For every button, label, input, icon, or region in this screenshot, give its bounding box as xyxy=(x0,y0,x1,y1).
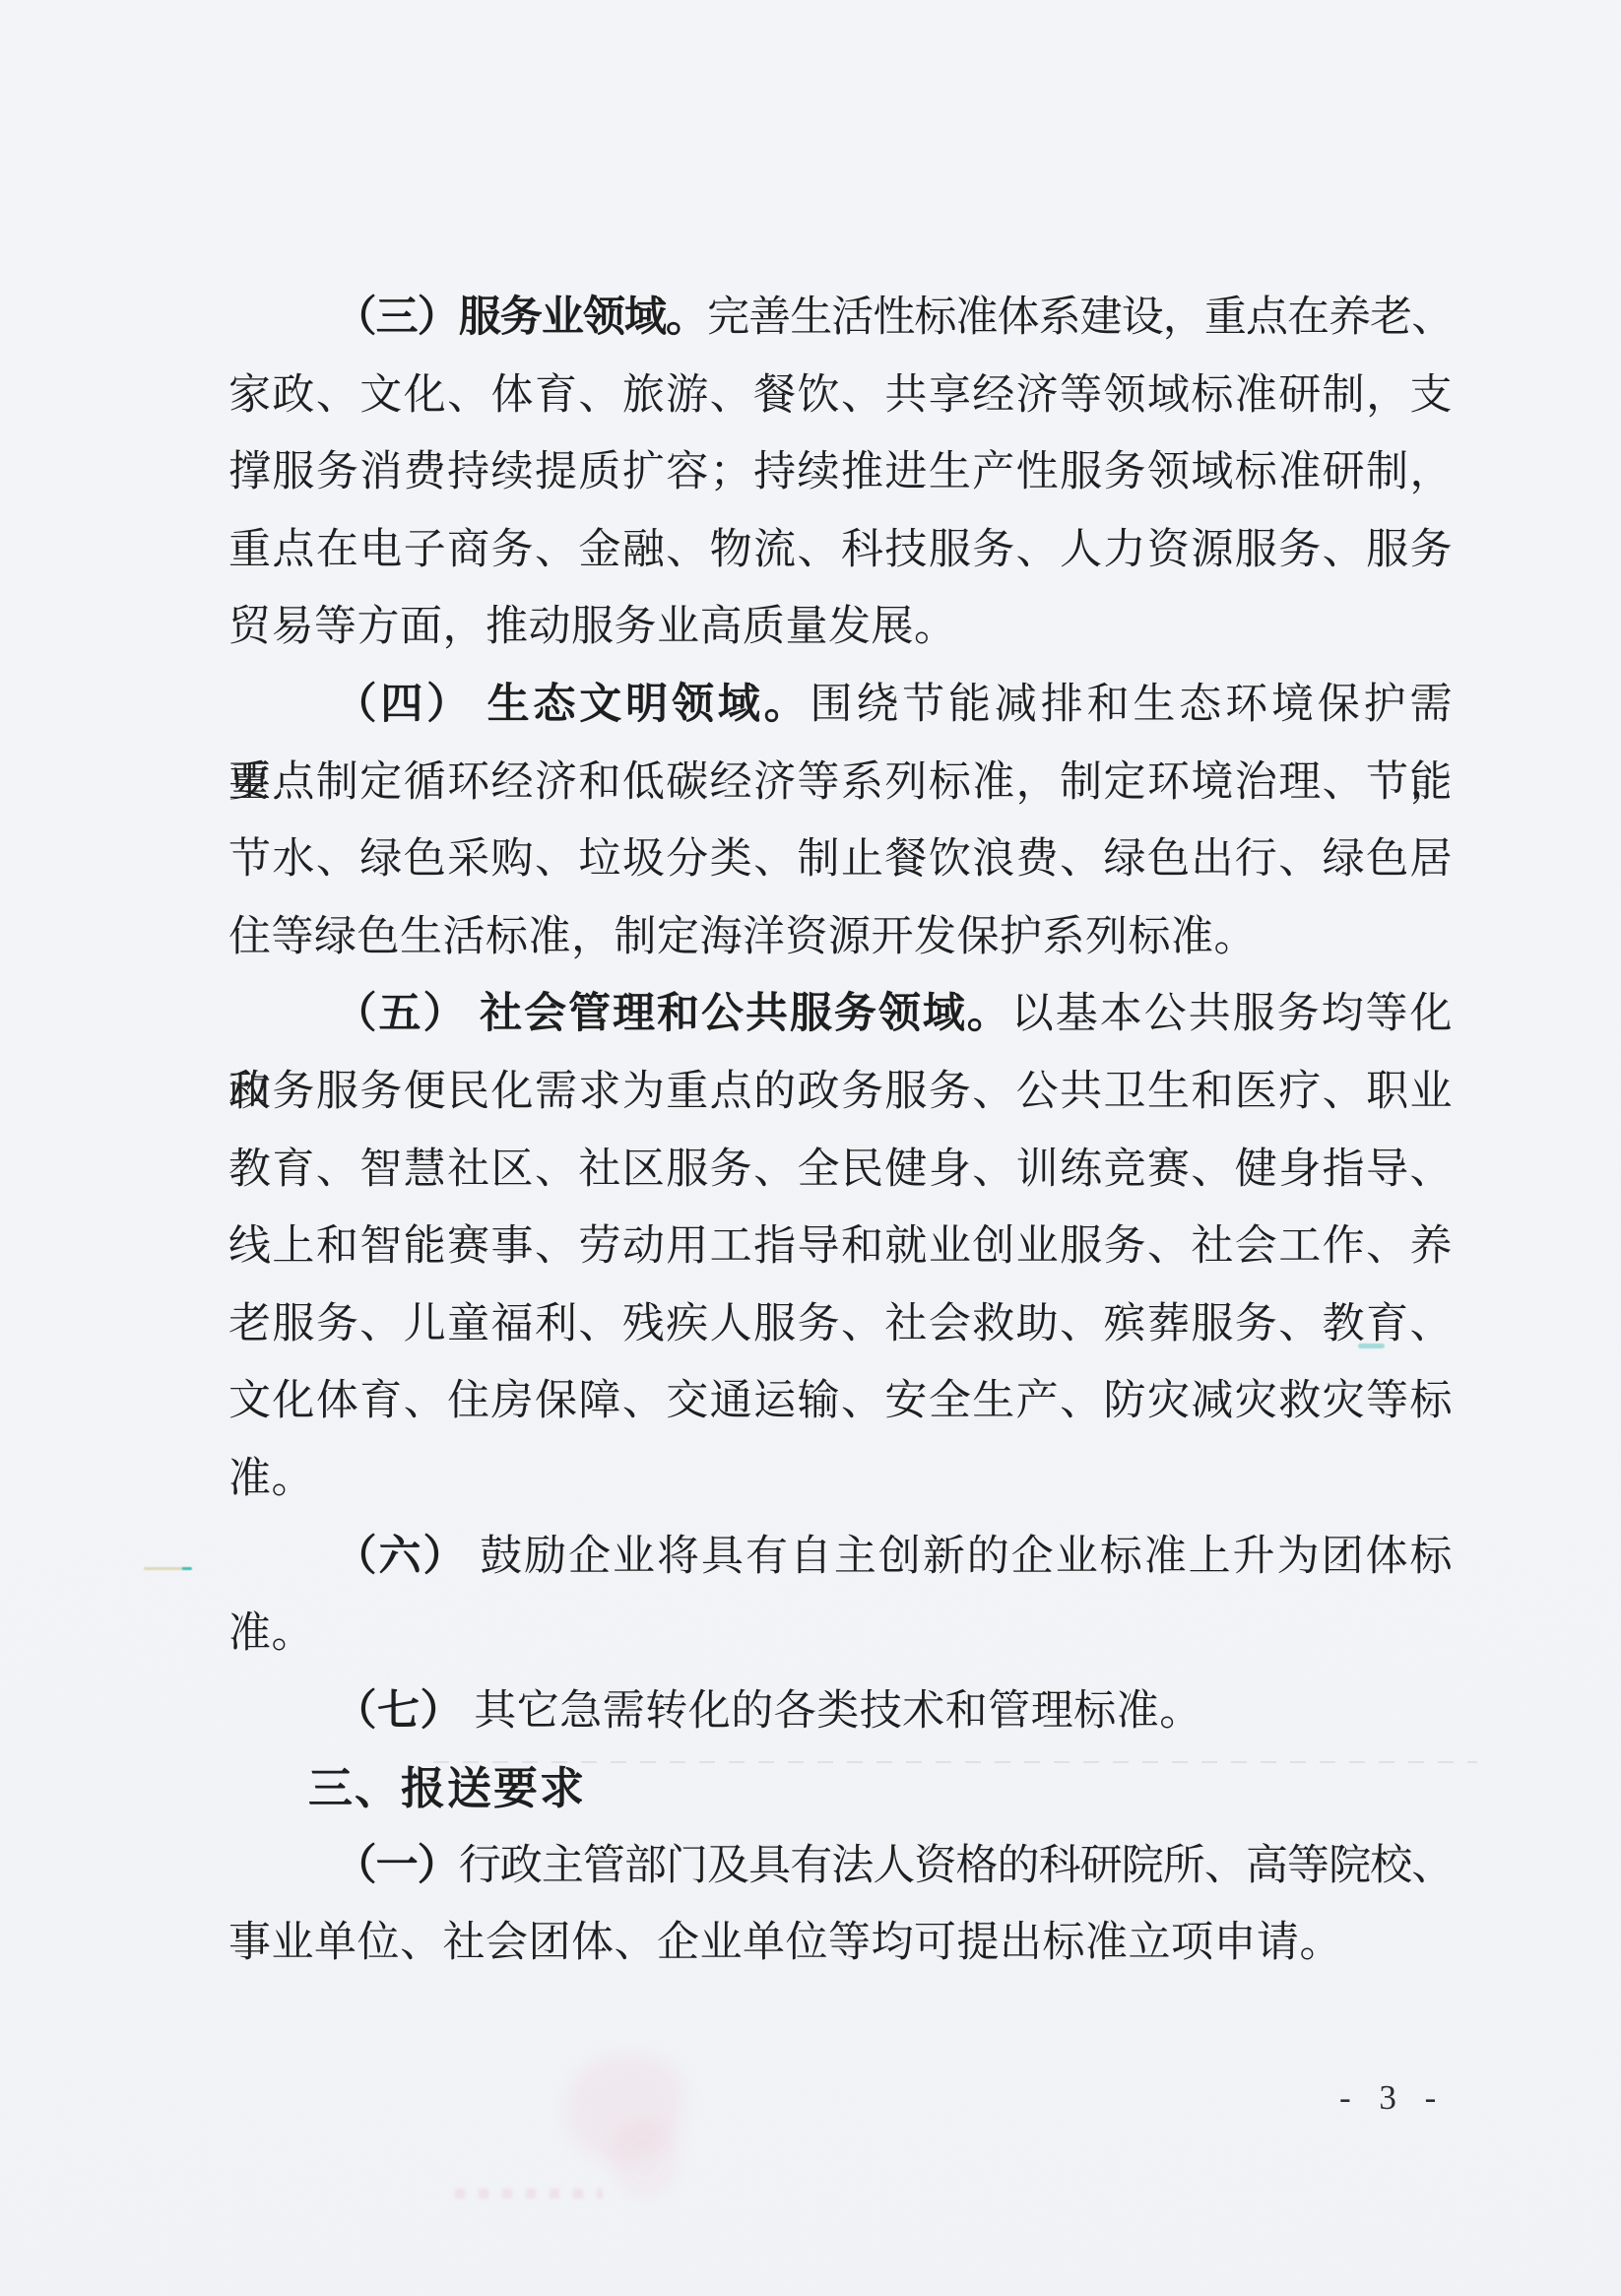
line-text: 重点在电子商务、金融、物流、科技服务、人力资源服务、服务 xyxy=(228,527,1453,573)
page-number: - 3 - xyxy=(1339,2074,1458,2122)
text-line: 文化体育、住房保障、交通运输、安全生产、防灾减灾救灾等标 xyxy=(228,1363,1453,1441)
text-line: （六） 鼓励企业将具有自主创新的企业标准上升为团体标 xyxy=(228,1519,1453,1597)
text-line: （三）服务业领域。完善生活性标准体系建设，重点在养老、 xyxy=(228,280,1453,358)
text-line: 线上和智能赛事、劳动用工指导和就业创业服务、社会工作、养 xyxy=(228,1209,1453,1286)
line-text: 完善生活性标准体系建设，重点在养老、 xyxy=(707,295,1453,341)
line-text: 鼓励企业将具有自主创新的企业标准上升为团体标 xyxy=(480,1534,1453,1580)
text-line: 节水、绿色采购、垃圾分类、制止餐饮浪费、绿色出行、绿色居 xyxy=(228,821,1453,899)
text-line: （一）行政主管部门及具有法人资格的科研院所、高等院校、 xyxy=(228,1828,1453,1906)
line-text: 线上和智能赛事、劳动用工指导和就业创业服务、社会工作、养 xyxy=(228,1223,1453,1270)
line-text: 教育、智慧社区、社区服务、全民健身、训练竞赛、健身指导、 xyxy=(228,1147,1453,1193)
item-number-bold: （五） 社会管理和公共服务领域。 xyxy=(335,991,1011,1037)
item-number-bold: （四） 生态文明领域。 xyxy=(335,682,810,728)
line-text: 撑服务消费持续提质扩容；持续推进生产性服务领域标准研制， xyxy=(228,449,1453,495)
line-text: 其它急需转化的各类技术和管理标准。 xyxy=(474,1688,1202,1735)
line-text: 重点制定循环经济和低碳经济等系列标准，制定环境治理、节能 xyxy=(228,759,1453,806)
text-line: （五） 社会管理和公共服务领域。以基本公共服务均等化和 xyxy=(228,976,1453,1054)
text-line: 撑服务消费持续提质扩容；持续推进生产性服务领域标准研制， xyxy=(228,434,1453,512)
text-line: 老服务、儿童福利、残疾人服务、社会救助、殡葬服务、教育、 xyxy=(228,1286,1453,1364)
line-text: 住等绿色生活标准，制定海洋资源开发保护系列标准。 xyxy=(228,914,1257,960)
line-text: 政务服务便民化需求为重点的政务服务、公共卫生和医疗、职业 xyxy=(228,1069,1453,1115)
text-line: 重点制定循环经济和低碳经济等系列标准，制定环境治理、节能 xyxy=(228,745,1453,822)
text-line: 准。 xyxy=(228,1441,1453,1519)
scan-artifact-pink-smudge xyxy=(566,2054,684,2162)
document-page: （三）服务业领域。完善生活性标准体系建设，重点在养老、家政、文化、体育、旅游、餐… xyxy=(0,0,1621,2296)
text-block: （三）服务业领域。完善生活性标准体系建设，重点在养老、家政、文化、体育、旅游、餐… xyxy=(228,280,1453,1983)
item-number-bold: （一） xyxy=(335,1843,459,1889)
text-line: 重点在电子商务、金融、物流、科技服务、人力资源服务、服务 xyxy=(228,512,1453,590)
text-line: 事业单位、社会团体、企业单位等均可提出标准立项申请。 xyxy=(228,1905,1453,1983)
text-line: 准。 xyxy=(228,1596,1453,1673)
text-line: 住等绿色生活标准，制定海洋资源开发保护系列标准。 xyxy=(228,899,1453,977)
scan-artifact-yellow-line xyxy=(144,1567,192,1570)
scan-artifact-pink-smudge xyxy=(611,2118,680,2197)
line-text: 贸易等方面，推动服务业高质量发展。 xyxy=(228,604,957,650)
text-line: （七） 其它急需转化的各类技术和管理标准。 xyxy=(228,1673,1453,1751)
section-heading: 三、报送要求 xyxy=(228,1750,1453,1828)
line-text: 行政主管部门及具有法人资格的科研院所、高等院校、 xyxy=(459,1843,1453,1889)
text-line: （四） 生态文明领域。围绕节能减排和生态环境保护需要， xyxy=(228,667,1453,745)
line-text: 老服务、儿童福利、残疾人服务、社会救助、殡葬服务、教育、 xyxy=(228,1301,1453,1347)
text-line: 贸易等方面，推动服务业高质量发展。 xyxy=(228,589,1453,667)
line-text: 准。 xyxy=(228,1610,314,1657)
line-text: 文化体育、住房保障、交通运输、安全生产、防灾减灾救灾等标 xyxy=(228,1378,1453,1424)
item-number-bold: （七） xyxy=(335,1688,475,1735)
item-number-bold: （三）服务业领域。 xyxy=(335,295,708,341)
heading-text: 三、报送要求 xyxy=(308,1763,586,1813)
text-line: 政务服务便民化需求为重点的政务服务、公共卫生和医疗、职业 xyxy=(228,1054,1453,1132)
line-text: 事业单位、社会团体、企业单位等均可提出标准立项申请。 xyxy=(228,1920,1342,1966)
text-line: 家政、文化、体育、旅游、餐饮、共享经济等领域标准研制，支 xyxy=(228,358,1453,435)
line-text: 家政、文化、体育、旅游、餐饮、共享经济等领域标准研制，支 xyxy=(228,372,1453,419)
line-text: 节水、绿色采购、垃圾分类、制止餐饮浪费、绿色出行、绿色居 xyxy=(228,836,1453,883)
scan-artifact-pink-dots xyxy=(455,2189,603,2198)
text-line: 教育、智慧社区、社区服务、全民健身、训练竞赛、健身指导、 xyxy=(228,1132,1453,1210)
item-number-bold: （六） xyxy=(335,1534,481,1580)
line-text: 准。 xyxy=(228,1456,314,1502)
